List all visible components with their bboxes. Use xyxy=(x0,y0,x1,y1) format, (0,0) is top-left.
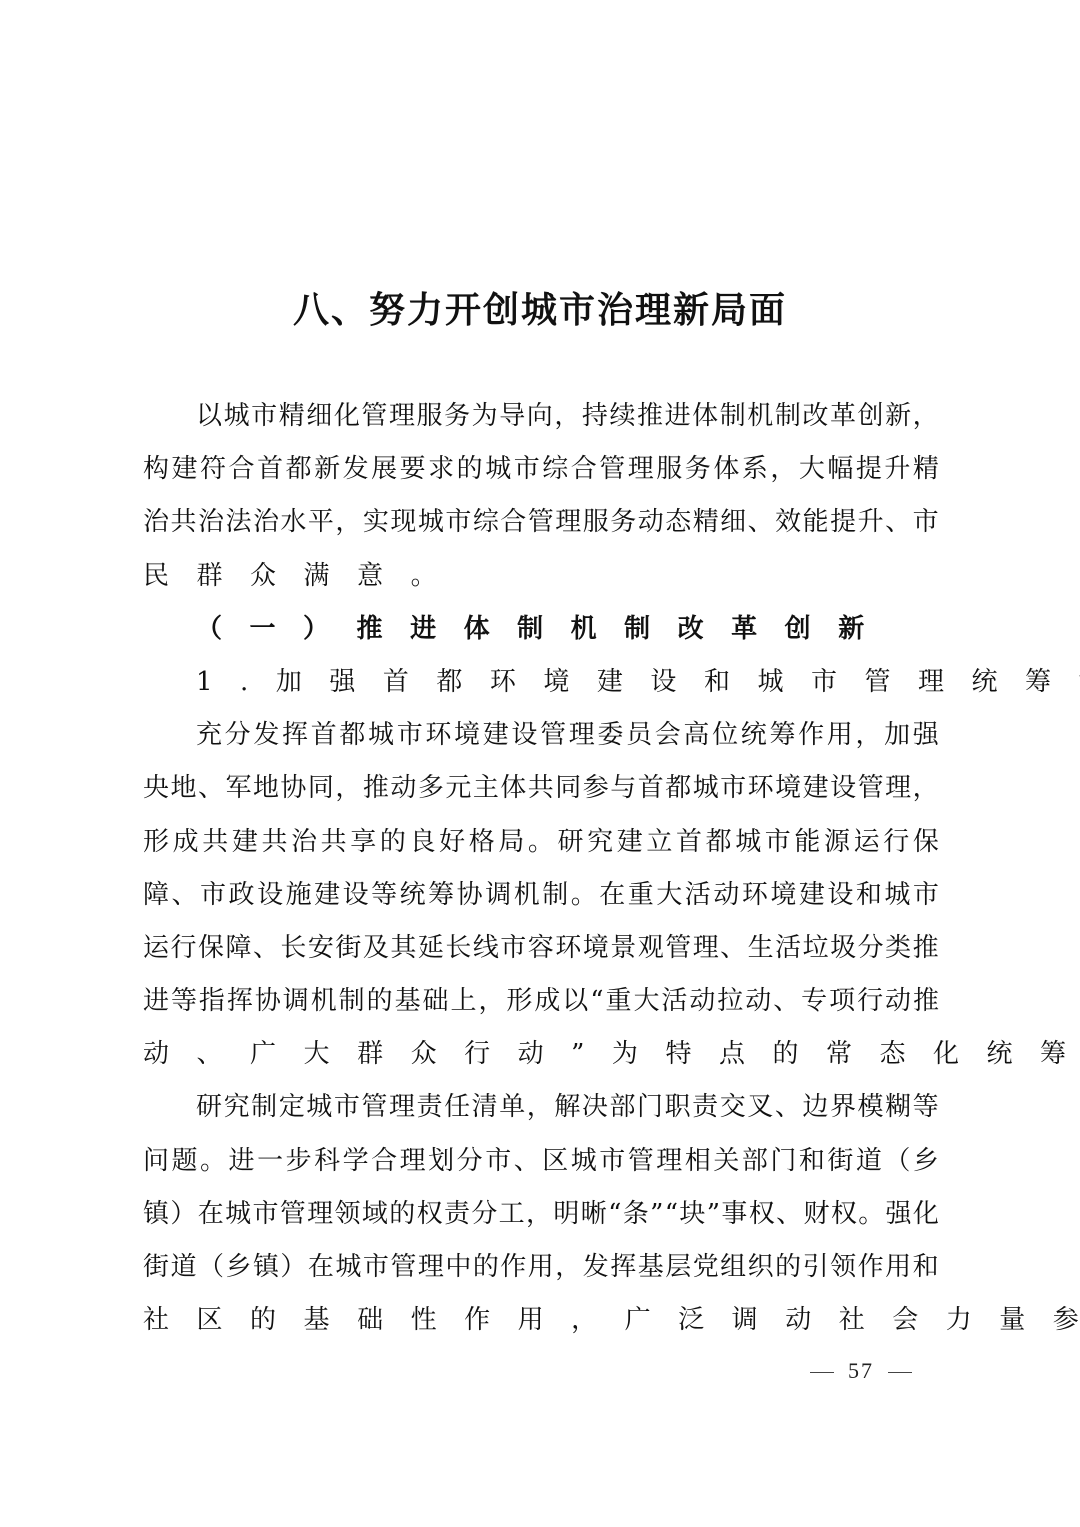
text-line: 充分发挥首都城市环境建设管理委员会高位统筹作用，加强 xyxy=(143,709,939,762)
text-line: 障、市政设施建设等统筹协调机制。在重大活动环境建设和城市 xyxy=(143,869,939,922)
text-line: 1.加强首都环境建设和城市管理统筹协调 xyxy=(143,656,939,709)
text-line: 街道（乡镇）在城市管理中的作用，发挥基层党组织的引领作用和 xyxy=(143,1241,939,1294)
text-line: 社区的基础性作用，广泛调动社会力量参与城市管理。 xyxy=(143,1294,939,1347)
text-line: 形成共建共治共享的良好格局。研究建立首都城市能源运行保 xyxy=(143,816,939,869)
dash-left xyxy=(810,1372,834,1373)
text-line: 民群众满意。 xyxy=(143,550,939,603)
text-line: 动、广大群众行动”为特点的常态化统筹协调机制。 xyxy=(143,1028,939,1081)
text-line: 镇）在城市管理领域的权责分工，明晰“条”“块”事权、财权。强化 xyxy=(143,1188,939,1241)
text-line: 运行保障、长安街及其延长线市容环境景观管理、生活垃圾分类推 xyxy=(143,922,939,975)
text-line: 进等指挥协调机制的基础上，形成以“重大活动拉动、专项行动推 xyxy=(143,975,939,1028)
text-line: 构建符合首都新发展要求的城市综合管理服务体系，大幅提升精 xyxy=(143,443,939,496)
text-line: 治共治法治水平，实现城市综合管理服务动态精细、效能提升、市 xyxy=(143,496,939,549)
text-line: 央地、军地协同，推动多元主体共同参与首都城市环境建设管理， xyxy=(143,762,939,815)
page-number: 57 xyxy=(848,1358,874,1383)
text-line: 问题。进一步科学合理划分市、区城市管理相关部门和街道（乡 xyxy=(143,1135,939,1188)
text-line: 以城市精细化管理服务为导向，持续推进体制机制改革创新， xyxy=(143,390,939,443)
section-title: 八、努力开创城市治理新局面 xyxy=(0,284,1080,336)
dash-right xyxy=(888,1372,912,1373)
body-text: 以城市精细化管理服务为导向，持续推进体制机制改革创新，构建符合首都新发展要求的城… xyxy=(143,390,939,1347)
subheading: （一）推进体制机制改革创新 xyxy=(143,603,939,656)
text-line: 研究制定城市管理责任清单，解决部门职责交叉、边界模糊等 xyxy=(143,1081,939,1134)
page-number-footer: 57 xyxy=(796,1358,926,1384)
